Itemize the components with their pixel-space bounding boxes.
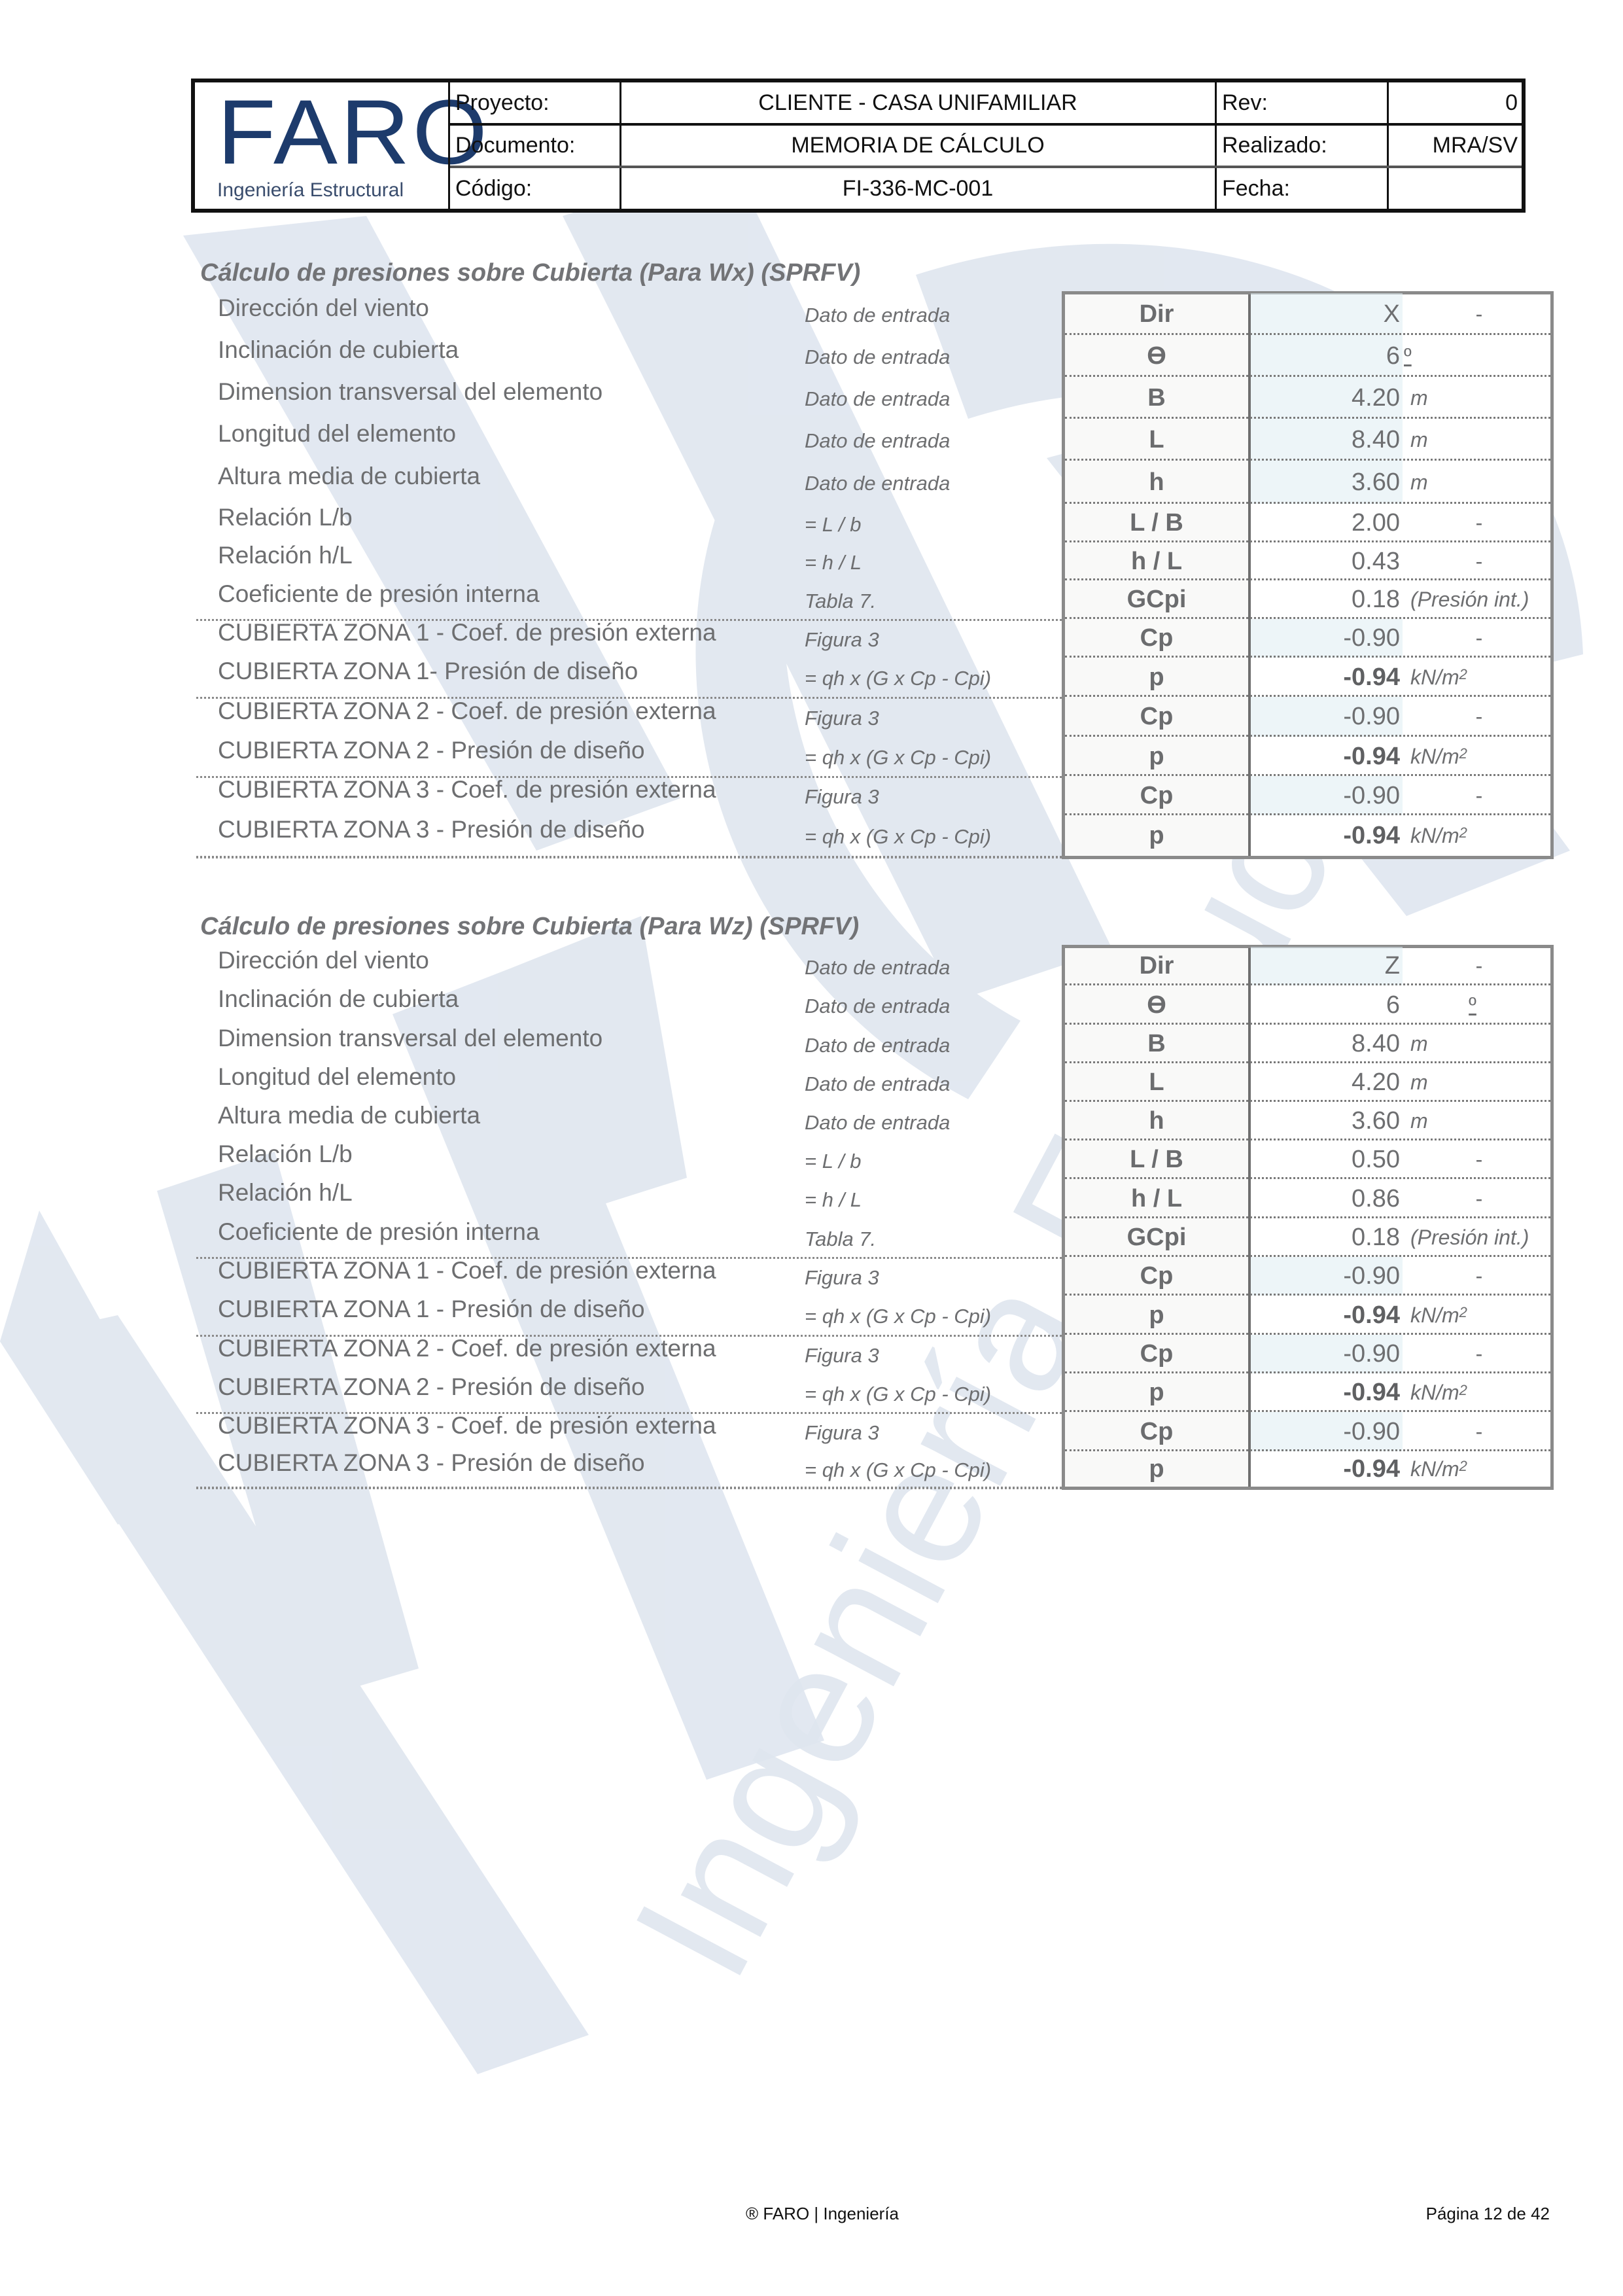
row-source: = qh x (G x Cp - Cpi) <box>805 825 991 849</box>
symbol-cell: p <box>1065 737 1248 776</box>
table-row: Cp-0.90- <box>1065 1335 1550 1373</box>
unit-cell: - <box>1410 1335 1548 1373</box>
unit-cell: - <box>1410 504 1548 542</box>
row-source: Dato de entrada <box>805 1072 950 1096</box>
row-source: Dato de entrada <box>805 956 950 980</box>
symbol-cell: Dir <box>1065 293 1248 335</box>
symbol-cell: GCpi <box>1065 1218 1248 1257</box>
header-value-rev: 0 <box>1389 82 1518 123</box>
table-row: h3.60m <box>1065 461 1550 504</box>
row-source: Dato de entrada <box>805 1111 950 1135</box>
table-row: L / B2.00- <box>1065 504 1550 542</box>
header-label-codigo: Código: <box>455 168 619 209</box>
unit-text: kN/m <box>1410 1303 1459 1328</box>
row-source: Dato de entrada <box>805 387 950 411</box>
unit-exponent: 2 <box>1459 1382 1467 1399</box>
table-row: p-0.94kN/m2 <box>1065 1451 1550 1487</box>
symbol-cell: h <box>1065 461 1248 504</box>
unit-text: kN/m <box>1410 665 1459 690</box>
table-row: DirZ- <box>1065 947 1550 985</box>
table-row: GCpi0.18(Presión int.) <box>1065 580 1550 619</box>
row-label: Dirección del viento <box>218 294 429 322</box>
unit-cell: m <box>1410 1025 1548 1063</box>
unit-cell: kN/m2 <box>1410 815 1548 856</box>
header-label-fecha: Fecha: <box>1222 168 1386 209</box>
unit-cell: º <box>1404 985 1541 1025</box>
table-row: B8.40m <box>1065 1025 1550 1063</box>
symbol-cell: B <box>1065 1025 1248 1063</box>
row-label: Altura media de cubierta <box>218 1102 480 1129</box>
row-label: CUBIERTA ZONA 2 - Coef. de presión exter… <box>218 698 716 725</box>
symbol-cell: Cp <box>1065 1257 1248 1296</box>
row-label: CUBIERTA ZONA 1 - Coef. de presión exter… <box>218 619 716 646</box>
table-row: Cp-0.90- <box>1065 619 1550 658</box>
document-header: FARO Ingeniería Estructural Proyecto: CL… <box>191 79 1526 213</box>
unit-text: m <box>1410 428 1428 452</box>
computed-value-cell: 2.00 <box>1251 504 1400 542</box>
unit-text: m <box>1410 1032 1428 1056</box>
row-source: Figura 3 <box>805 1344 879 1368</box>
row-label: Coeficiente de presión interna <box>218 580 540 608</box>
unit-cell: m <box>1410 461 1548 504</box>
unit-text: º <box>1469 993 1476 1017</box>
computed-value-cell: 0.50 <box>1251 1140 1400 1179</box>
row-label: Inclinación de cubierta <box>218 336 459 364</box>
row-source: = h / L <box>805 551 862 574</box>
symbol-cell: L <box>1065 419 1248 461</box>
row-label: Relación h/L <box>218 542 353 569</box>
values-table: DirX-Ө6ºB4.20mL8.40mh3.60mL / B2.00-h / … <box>1062 291 1554 859</box>
unit-text: - <box>1476 302 1483 327</box>
table-row: p-0.94kN/m2 <box>1065 815 1550 856</box>
unit-cell: - <box>1410 1412 1548 1451</box>
unit-text: - <box>1476 1148 1483 1172</box>
input-value-cell[interactable]: X <box>1251 293 1400 335</box>
footer-page-number: Página 12 de 42 <box>1426 2204 1550 2224</box>
symbol-cell: p <box>1065 1296 1248 1335</box>
header-label-documento: Documento: <box>455 124 619 166</box>
input-value-cell[interactable]: Z <box>1251 947 1400 985</box>
unit-cell: (Presión int.) <box>1410 1218 1548 1257</box>
row-label: CUBIERTA ZONA 2 - Presión de diseño <box>218 1373 645 1401</box>
input-value-cell[interactable]: -0.90 <box>1251 776 1400 815</box>
row-source: = L / b <box>805 1150 861 1173</box>
row-source: = h / L <box>805 1188 862 1212</box>
unit-cell: - <box>1410 776 1548 815</box>
symbol-cell: B <box>1065 377 1248 419</box>
row-label: CUBIERTA ZONA 3 - Presión de diseño <box>218 1449 645 1477</box>
unit-cell: m <box>1410 377 1548 419</box>
symbol-cell: h / L <box>1065 1179 1248 1218</box>
computed-value-cell: -0.94 <box>1251 1373 1400 1412</box>
input-value-cell[interactable]: 4.20 <box>1251 377 1400 419</box>
footer-copyright: ® FARO | Ingeniería <box>746 2204 899 2224</box>
unit-text: - <box>1476 705 1483 729</box>
computed-value-cell: 0.86 <box>1251 1179 1400 1218</box>
unit-cell: kN/m2 <box>1410 1451 1548 1487</box>
symbol-cell: Ө <box>1065 335 1248 377</box>
computed-value-cell: 0.18 <box>1251 1218 1400 1257</box>
row-source: Tabla 7. <box>805 1227 876 1251</box>
unit-text: - <box>1476 511 1483 535</box>
table-row: DirX- <box>1065 293 1550 335</box>
symbol-cell: Ө <box>1065 985 1248 1025</box>
symbol-cell: h / L <box>1065 542 1248 580</box>
row-label: CUBIERTA ZONA 1- Presión de diseño <box>218 658 638 685</box>
unit-text: kN/m <box>1410 745 1459 769</box>
unit-text: - <box>1476 954 1483 978</box>
table-row: p-0.94kN/m2 <box>1065 737 1550 776</box>
symbol-cell: L / B <box>1065 504 1248 542</box>
unit-cell: (Presión int.) <box>1410 580 1548 619</box>
row-label: CUBIERTA ZONA 2 - Presión de diseño <box>218 737 645 764</box>
row-label: CUBIERTA ZONA 3 - Presión de diseño <box>218 816 645 843</box>
row-source: Figura 3 <box>805 1266 879 1290</box>
table-row: p-0.94kN/m2 <box>1065 658 1550 697</box>
faro-logo: FARO Ingeniería Estructural <box>195 82 448 209</box>
section-title: Cálculo de presiones sobre Cubierta (Par… <box>200 913 859 941</box>
row-label: Coeficiente de presión interna <box>218 1218 540 1246</box>
unit-text: m <box>1410 1070 1428 1095</box>
unit-text: - <box>1476 1264 1483 1288</box>
unit-cell: - <box>1410 947 1548 985</box>
unit-text: - <box>1476 626 1483 650</box>
unit-text: kN/m <box>1410 1457 1459 1481</box>
unit-cell: m <box>1410 419 1548 461</box>
row-label: Relación L/b <box>218 1140 353 1168</box>
row-source: Dato de entrada <box>805 1034 950 1057</box>
input-value-cell[interactable]: 6 <box>1251 335 1400 377</box>
symbol-cell: Cp <box>1065 619 1248 658</box>
table-row: L / B0.50- <box>1065 1140 1550 1179</box>
table-row: p-0.94kN/m2 <box>1065 1373 1550 1412</box>
input-value-cell[interactable]: -0.90 <box>1251 697 1400 737</box>
symbol-cell: Cp <box>1065 776 1248 815</box>
header-label-rev: Rev: <box>1222 82 1386 123</box>
table-row: Ө6º <box>1065 985 1550 1025</box>
header-value-proyecto: CLIENTE - CASA UNIFAMILIAR <box>621 82 1214 123</box>
row-source: = qh x (G x Cp - Cpi) <box>805 1458 991 1482</box>
computed-value-cell: -0.94 <box>1251 737 1400 776</box>
computed-value-cell: 8.40 <box>1251 1025 1400 1063</box>
row-label: CUBIERTA ZONA 1 - Presión de diseño <box>218 1296 645 1323</box>
input-value-cell[interactable]: -0.90 <box>1251 1412 1400 1451</box>
values-table: DirZ-Ө6ºB8.40mL4.20mh3.60mL / B0.50-h / … <box>1062 945 1554 1490</box>
row-label: Longitud del elemento <box>218 1063 456 1091</box>
unit-exponent: 2 <box>1459 745 1467 762</box>
unit-cell: º <box>1404 335 1541 377</box>
table-row: h3.60m <box>1065 1102 1550 1140</box>
header-value-fecha <box>1389 168 1518 209</box>
table-row: Cp-0.90- <box>1065 697 1550 737</box>
unit-text: (Presión int.) <box>1410 1226 1529 1250</box>
row-source: Figura 3 <box>805 785 879 809</box>
unit-text: - <box>1476 1342 1483 1366</box>
row-label: Altura media de cubierta <box>218 463 480 490</box>
row-source: Dato de entrada <box>805 345 950 369</box>
unit-exponent: 2 <box>1459 666 1467 683</box>
row-source: Dato de entrada <box>805 995 950 1018</box>
computed-value-cell: 0.18 <box>1251 580 1400 619</box>
row-source: = qh x (G x Cp - Cpi) <box>805 746 991 769</box>
logo-subtitle: Ingeniería Estructural <box>217 179 404 202</box>
symbol-cell: L <box>1065 1063 1248 1102</box>
row-label: Relación h/L <box>218 1179 353 1207</box>
symbol-cell: GCpi <box>1065 580 1248 619</box>
unit-cell: - <box>1410 1179 1548 1218</box>
unit-text: - <box>1476 784 1483 808</box>
table-row: p-0.94kN/m2 <box>1065 1296 1550 1335</box>
symbol-cell: Dir <box>1065 947 1248 985</box>
row-label: CUBIERTA ZONA 1 - Coef. de presión exter… <box>218 1257 716 1284</box>
unit-cell: kN/m2 <box>1410 737 1548 776</box>
computed-value-cell: -0.94 <box>1251 1451 1400 1487</box>
symbol-cell: h <box>1065 1102 1248 1140</box>
computed-value-cell: -0.94 <box>1251 658 1400 697</box>
row-label: CUBIERTA ZONA 2 - Coef. de presión exter… <box>218 1335 716 1362</box>
row-divider <box>196 1487 1062 1489</box>
row-label: Inclinación de cubierta <box>218 985 459 1013</box>
computed-value-cell: 6 <box>1251 985 1400 1025</box>
row-source: Dato de entrada <box>805 304 950 327</box>
unit-exponent: 2 <box>1459 1458 1467 1475</box>
row-source: = qh x (G x Cp - Cpi) <box>805 1305 991 1328</box>
row-label: Longitud del elemento <box>218 420 456 448</box>
symbol-cell: Cp <box>1065 1412 1248 1451</box>
unit-text: m <box>1410 1109 1428 1133</box>
unit-text: m <box>1410 386 1428 410</box>
unit-text: - <box>1476 1420 1483 1444</box>
table-row: h / L0.43- <box>1065 542 1550 580</box>
computed-value-cell: 0.43 <box>1251 542 1400 580</box>
input-value-cell[interactable]: 3.60 <box>1251 461 1400 504</box>
row-source: Figura 3 <box>805 1421 879 1445</box>
table-row: L4.20m <box>1065 1063 1550 1102</box>
header-value-realizado: MRA/SV <box>1389 124 1518 166</box>
unit-cell: kN/m2 <box>1410 1373 1548 1412</box>
row-source: = qh x (G x Cp - Cpi) <box>805 667 991 690</box>
symbol-cell: p <box>1065 658 1248 697</box>
table-row: h / L0.86- <box>1065 1179 1550 1218</box>
row-source: Tabla 7. <box>805 590 876 613</box>
unit-cell: - <box>1410 1257 1548 1296</box>
symbol-cell: Cp <box>1065 1335 1248 1373</box>
unit-exponent: 2 <box>1459 1304 1467 1321</box>
unit-text: - <box>1476 550 1483 574</box>
symbol-cell: p <box>1065 815 1248 856</box>
header-label-proyecto: Proyecto: <box>455 82 619 123</box>
unit-text: - <box>1476 1187 1483 1211</box>
unit-cell: - <box>1410 1140 1548 1179</box>
unit-cell: - <box>1410 542 1548 580</box>
unit-text: m <box>1410 470 1428 495</box>
row-source: = L / b <box>805 513 861 537</box>
computed-value-cell: -0.94 <box>1251 1296 1400 1335</box>
unit-text: º <box>1404 344 1412 368</box>
table-row: Cp-0.90- <box>1065 1412 1550 1451</box>
symbol-cell: L / B <box>1065 1140 1248 1179</box>
unit-text: kN/m <box>1410 1381 1459 1405</box>
symbol-cell: p <box>1065 1451 1248 1487</box>
computed-value-cell: 3.60 <box>1251 1102 1400 1140</box>
unit-cell: m <box>1410 1063 1548 1102</box>
row-label: CUBIERTA ZONA 3 - Coef. de presión exter… <box>218 1412 716 1439</box>
row-source: Figura 3 <box>805 628 879 652</box>
input-value-cell[interactable]: -0.90 <box>1251 1257 1400 1296</box>
table-row: Ө6º <box>1065 335 1550 377</box>
row-label: CUBIERTA ZONA 3 - Coef. de presión exter… <box>218 776 716 804</box>
row-label: Dimension transversal del elemento <box>218 1025 602 1052</box>
unit-cell: - <box>1410 697 1548 737</box>
section-title: Cálculo de presiones sobre Cubierta (Par… <box>200 259 860 287</box>
row-label: Dimension transversal del elemento <box>218 378 602 406</box>
table-row: L8.40m <box>1065 419 1550 461</box>
unit-cell: m <box>1410 1102 1548 1140</box>
computed-value-cell: 4.20 <box>1251 1063 1400 1102</box>
input-value-cell[interactable]: 8.40 <box>1251 419 1400 461</box>
symbol-cell: Cp <box>1065 697 1248 737</box>
row-source: = qh x (G x Cp - Cpi) <box>805 1383 991 1406</box>
header-value-codigo: FI-336-MC-001 <box>621 168 1214 209</box>
row-label: Relación L/b <box>218 504 353 531</box>
table-row: GCpi0.18(Presión int.) <box>1065 1218 1550 1257</box>
symbol-cell: p <box>1065 1373 1248 1412</box>
table-row: Cp-0.90- <box>1065 1257 1550 1296</box>
unit-exponent: 2 <box>1459 824 1467 841</box>
input-value-cell[interactable]: -0.90 <box>1251 619 1400 658</box>
computed-value-cell: -0.94 <box>1251 815 1400 856</box>
header-value-documento: MEMORIA DE CÁLCULO <box>621 124 1214 166</box>
row-source: Figura 3 <box>805 707 879 730</box>
row-source: Dato de entrada <box>805 429 950 453</box>
unit-cell: - <box>1410 293 1548 335</box>
unit-text: kN/m <box>1410 824 1459 848</box>
unit-cell: kN/m2 <box>1410 658 1548 697</box>
unit-cell: - <box>1410 619 1548 658</box>
unit-cell: kN/m2 <box>1410 1296 1548 1335</box>
input-value-cell[interactable]: -0.90 <box>1251 1335 1400 1373</box>
row-divider <box>196 857 1062 858</box>
row-source: Dato de entrada <box>805 472 950 495</box>
table-row: Cp-0.90- <box>1065 776 1550 815</box>
table-row: B4.20m <box>1065 377 1550 419</box>
header-label-realizado: Realizado: <box>1222 124 1386 166</box>
unit-text: (Presión int.) <box>1410 588 1529 612</box>
row-label: Dirección del viento <box>218 947 429 974</box>
